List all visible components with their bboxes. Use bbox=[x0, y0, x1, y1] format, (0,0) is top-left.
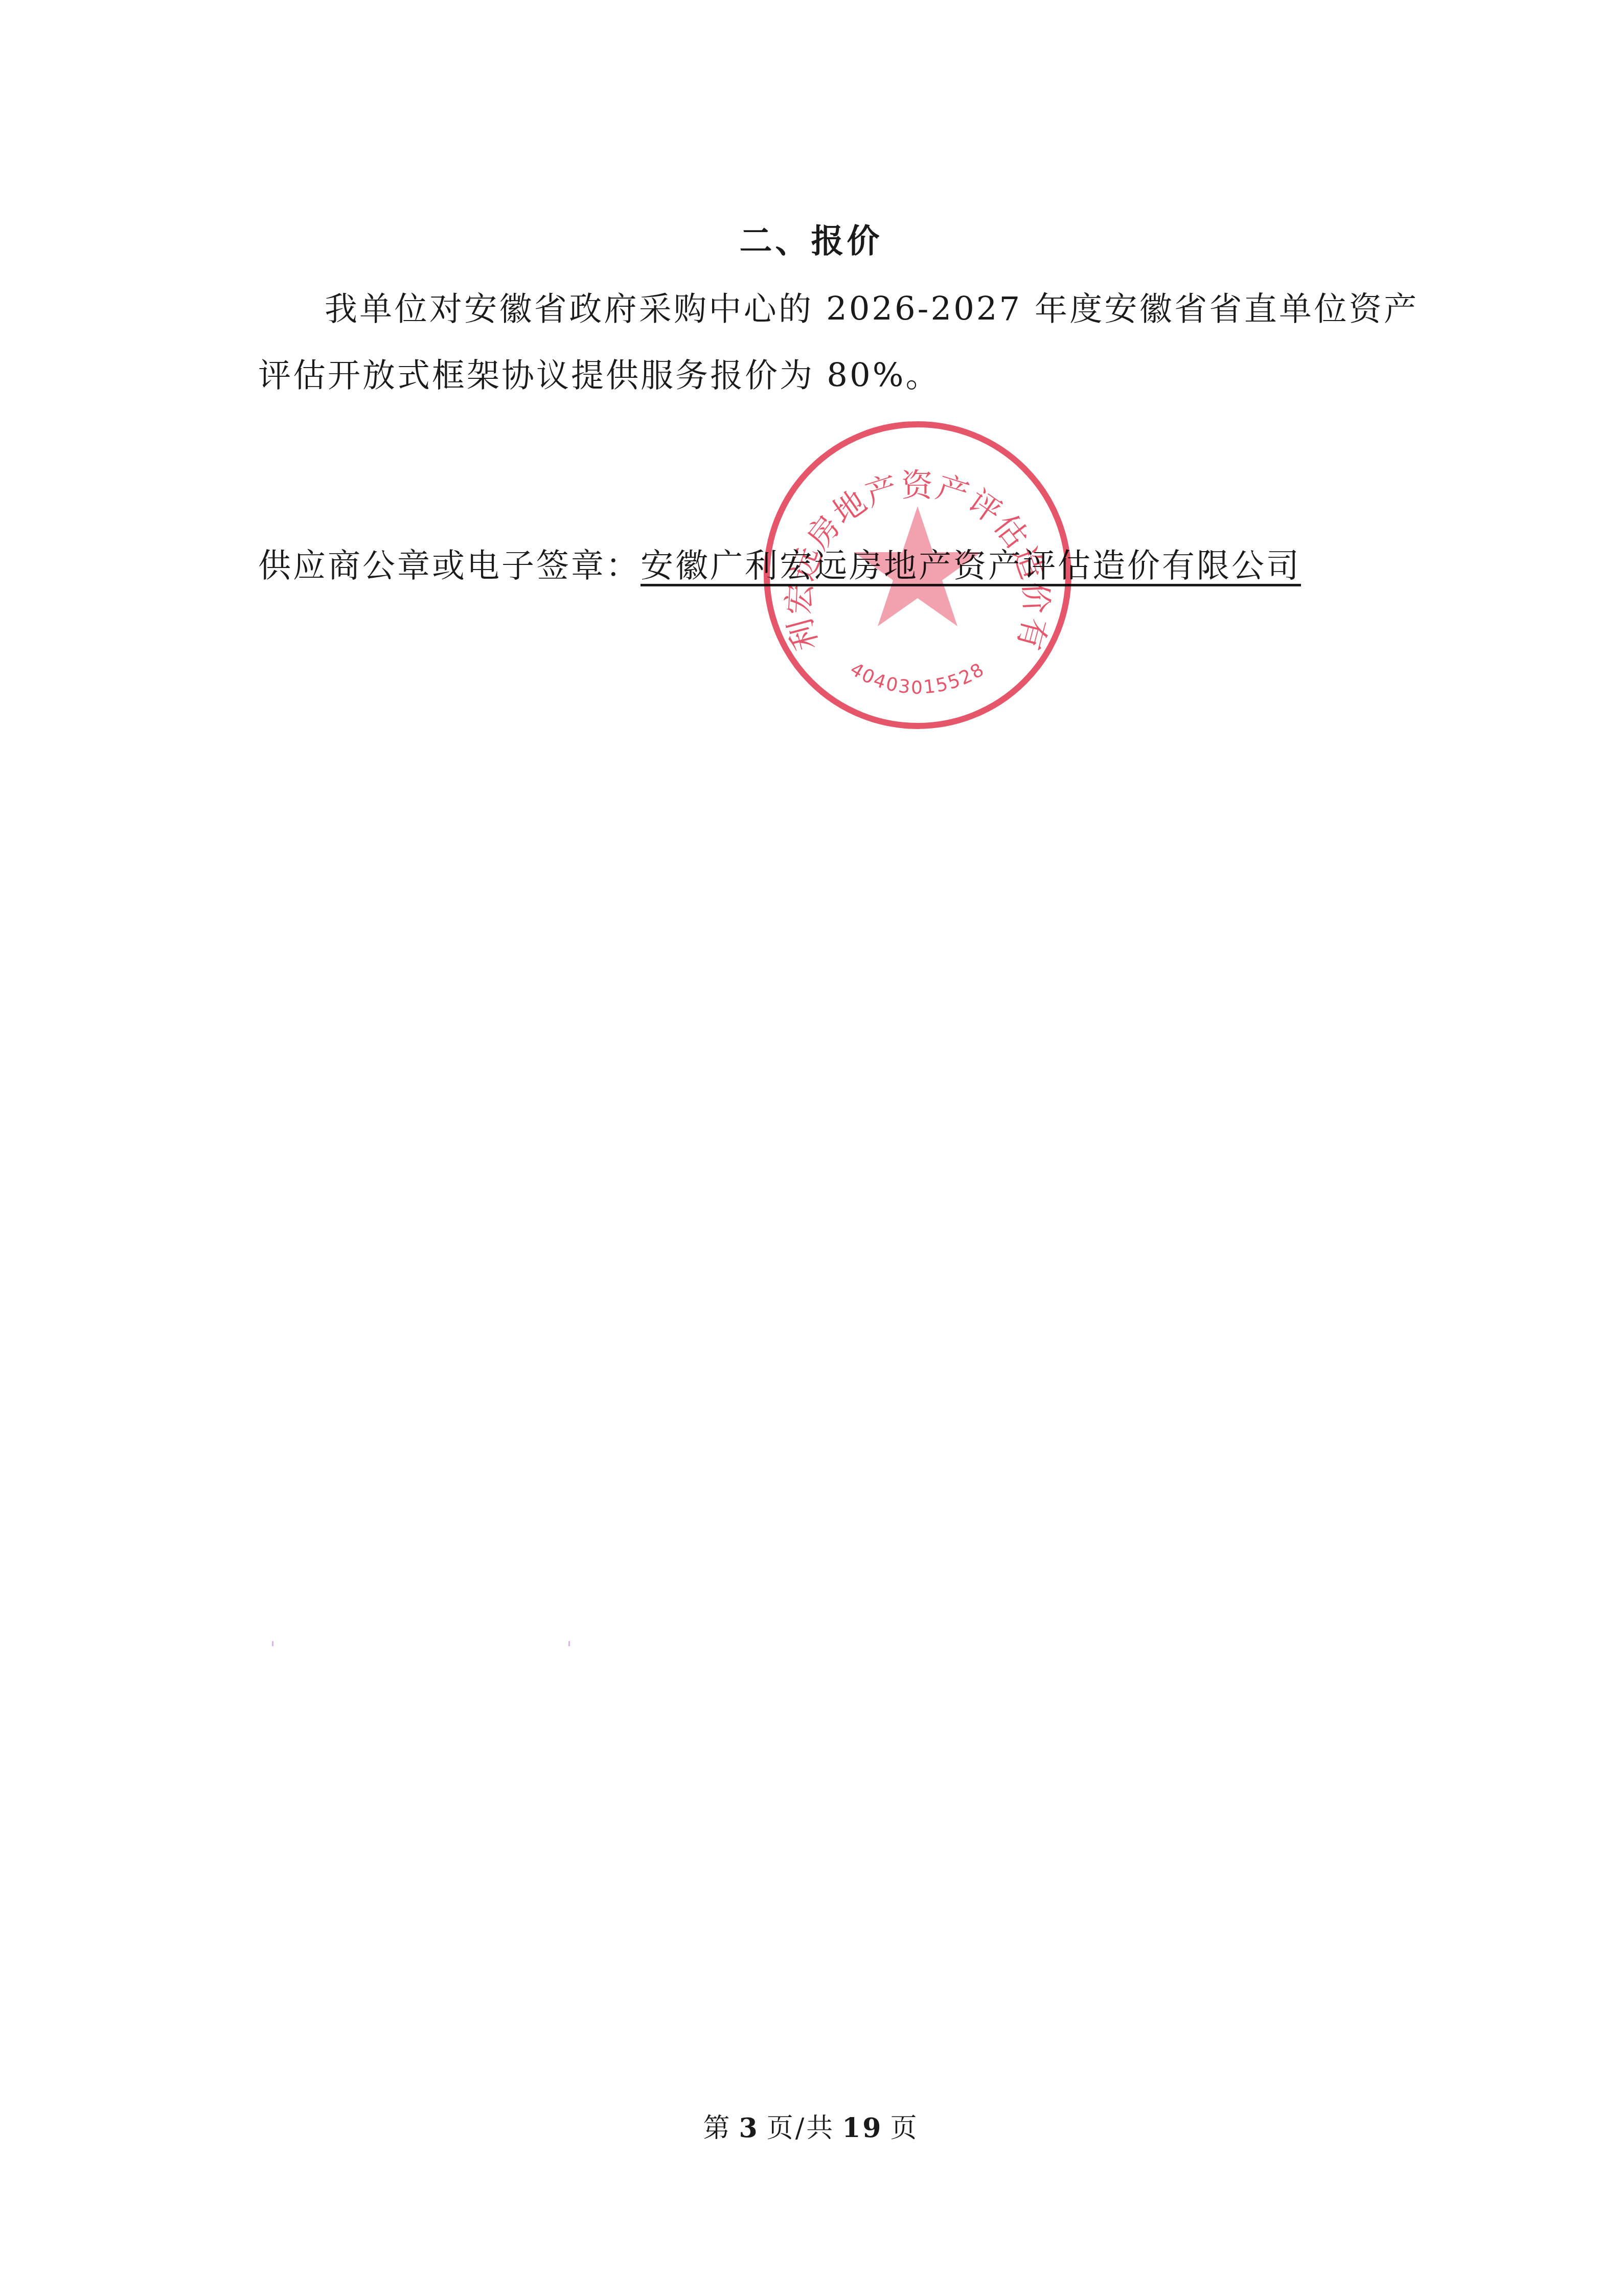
document-page: 二、报价 我单位对安徽省政府采购中心的 2026-2027 年度安徽省省直单位资… bbox=[0, 0, 1622, 2296]
footer-suffix: 页 bbox=[890, 2113, 919, 2144]
svg-text:安徽广利宏远房地产资产评估造价有限公司: 安徽广利宏远房地产资产评估造价有限公司 bbox=[759, 417, 1055, 655]
total-pages-number: 19 bbox=[842, 2112, 883, 2144]
current-page-number: 3 bbox=[739, 2112, 759, 2144]
footer-middle: 页/共 bbox=[767, 2113, 835, 2144]
page-footer: 第3页/共19页 bbox=[0, 2106, 1622, 2145]
section-heading: 二、报价 bbox=[0, 215, 1622, 262]
signature-label: 供应商公章或电子签章： bbox=[258, 547, 641, 585]
footer-prefix: 第 bbox=[703, 2113, 732, 2144]
scan-speck bbox=[272, 1641, 273, 1646]
scan-speck bbox=[568, 1641, 570, 1646]
company-seal-icon: 安徽广利宏远房地产资产评估造价有限公司 3404030155281 bbox=[759, 417, 1076, 734]
seal-arc-text: 安徽广利宏远房地产资产评估造价有限公司 bbox=[759, 417, 1055, 655]
quote-paragraph: 我单位对安徽省政府采购中心的 2026-2027 年度安徽省省直单位资产评估开放… bbox=[258, 276, 1419, 409]
